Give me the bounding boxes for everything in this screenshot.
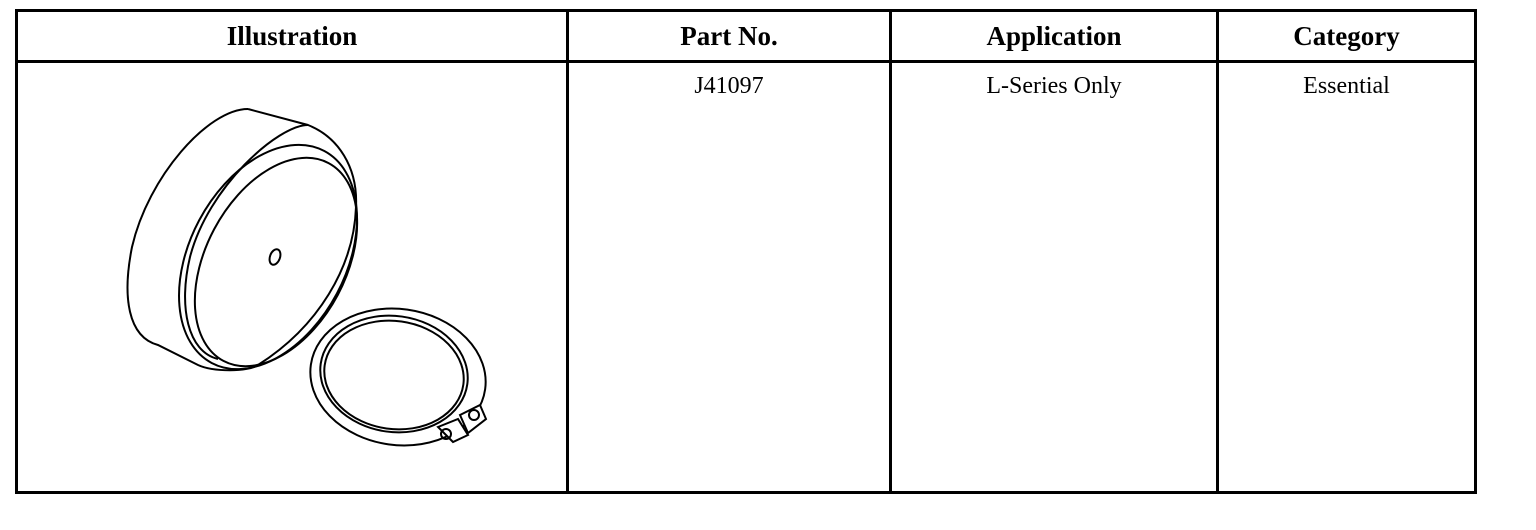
cell-category: Essential (1219, 63, 1474, 100)
special-tools-table: Illustration (15, 9, 1477, 494)
cup-tool-and-snap-ring-illustration (108, 97, 508, 472)
header-application: Application (892, 12, 1216, 63)
header-illustration: Illustration (18, 12, 566, 63)
header-category: Category (1219, 12, 1474, 63)
cell-part-no: J41097 (569, 63, 889, 100)
header-part-no: Part No. (569, 12, 889, 63)
cell-application: L-Series Only (892, 63, 1216, 100)
column-application: Application L-Series Only (889, 12, 1216, 491)
column-illustration: Illustration (18, 12, 566, 491)
column-part-no: Part No. J41097 (566, 12, 889, 491)
column-category: Category Essential (1216, 12, 1474, 491)
